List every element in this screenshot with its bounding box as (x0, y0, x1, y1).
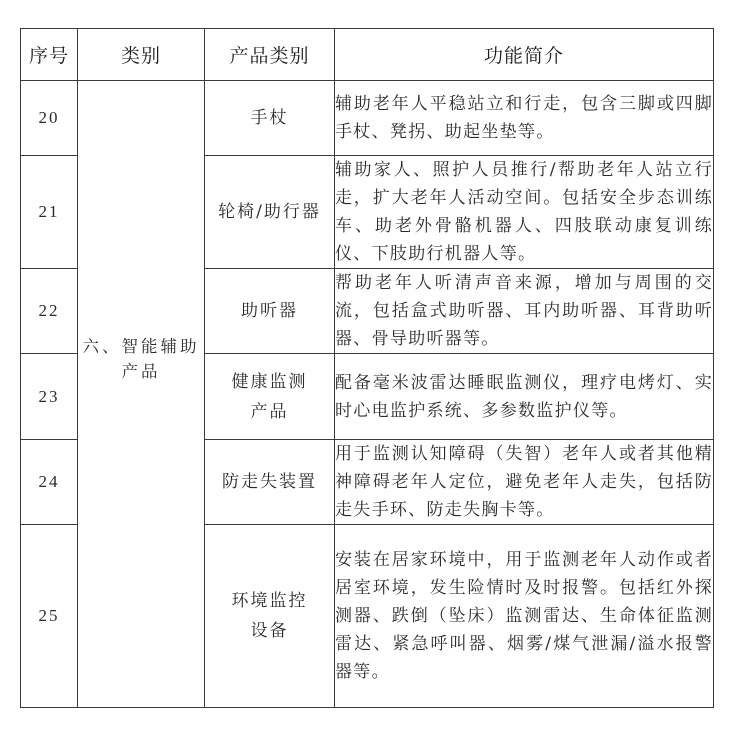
header-product-type: 产品类别 (205, 29, 335, 81)
row-number: 24 (21, 440, 78, 525)
product-table: 序号 类别 产品类别 功能简介 20 六、智能辅助产品 手杖 辅助老年人平稳站立… (20, 28, 714, 708)
header-function: 功能简介 (335, 29, 714, 81)
row-number: 23 (21, 354, 78, 440)
product-type: 健康监测产品 (205, 354, 335, 440)
header-no: 序号 (21, 29, 78, 81)
product-type: 环境监控设备 (205, 525, 335, 708)
table-row: 20 六、智能辅助产品 手杖 辅助老年人平稳站立和行走，包含三脚或四脚手杖、凳拐… (21, 81, 714, 156)
product-type: 防走失装置 (205, 440, 335, 525)
function-desc: 辅助家人、照护人员推行/帮助老年人站立行走，扩大老年人活动空间。包括安全步态训练… (335, 156, 714, 269)
row-number: 20 (21, 81, 78, 156)
function-desc: 安装在居家环境中，用于监测老年人动作或者居室环境，发生险情时及时报警。包括红外探… (335, 525, 714, 708)
row-number: 21 (21, 156, 78, 269)
product-type: 轮椅/助行器 (205, 156, 335, 269)
header-row: 序号 类别 产品类别 功能简介 (21, 29, 714, 81)
row-number: 25 (21, 525, 78, 708)
function-desc: 帮助老年人听清声音来源，增加与周围的交流，包括盒式助听器、耳内助听器、耳背助听器… (335, 269, 714, 354)
row-number: 22 (21, 269, 78, 354)
product-type: 助听器 (205, 269, 335, 354)
function-desc: 辅助老年人平稳站立和行走，包含三脚或四脚手杖、凳拐、助起坐垫等。 (335, 81, 714, 156)
header-category: 类别 (78, 29, 205, 81)
product-type: 手杖 (205, 81, 335, 156)
category-cell: 六、智能辅助产品 (78, 81, 205, 708)
function-desc: 用于监测认知障碍（失智）老年人或者其他精神障碍老年人定位，避免老年人走失，包括防… (335, 440, 714, 525)
function-desc: 配备毫米波雷达睡眠监测仪，理疗电烤灯、实时心电监护系统、多参数监护仪等。 (335, 354, 714, 440)
